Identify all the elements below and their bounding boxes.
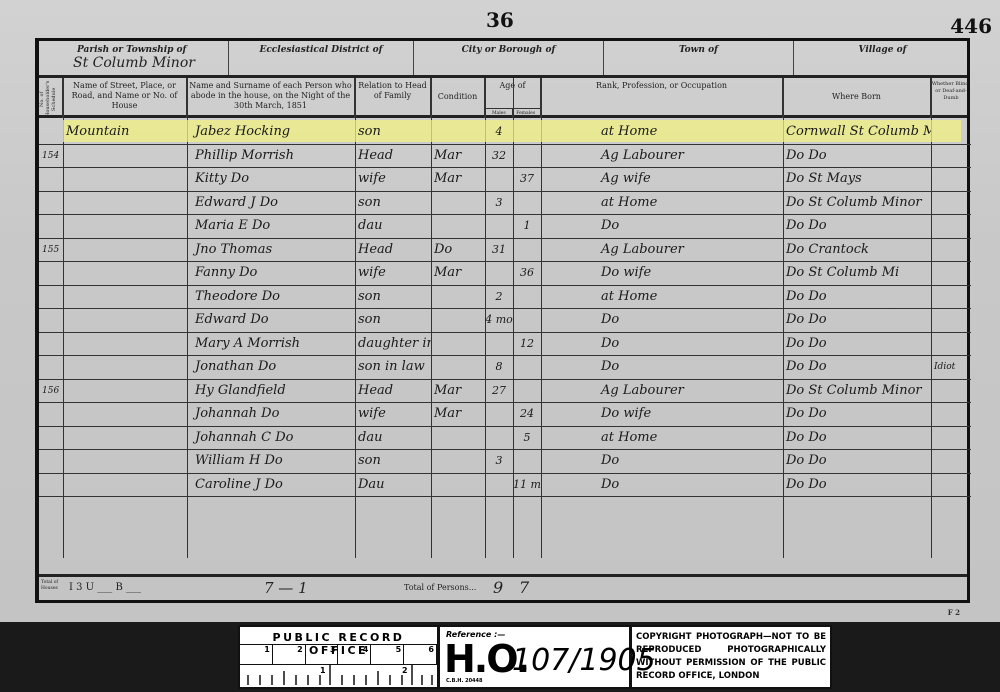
town-field: Town of (604, 41, 794, 75)
blind-cell (931, 286, 971, 310)
table-row: Mary A Morrishdaughter in law12DoDo Do (39, 333, 967, 357)
blind-cell (931, 427, 971, 451)
age-male-cell: 4 mo (485, 309, 513, 333)
street-cell (63, 333, 187, 357)
record-office-scale: PUBLIC RECORD OFFICE 1 2 3 4 5 6 1 2 (240, 627, 440, 687)
where-born-cell: Do St Columb Mi (783, 262, 931, 286)
plate-mark: F 2 (948, 608, 960, 617)
condition-cell: Mar (431, 145, 485, 169)
age-female-cell: 5 (513, 427, 541, 451)
name-cell: Edward Do (187, 309, 355, 333)
blind-cell (931, 474, 971, 498)
header-street: Name of Street, Place, or Road, and Name… (63, 78, 187, 118)
age-female-cell (513, 239, 541, 263)
street-cell (63, 168, 187, 192)
where-born-cell: Do Do (783, 145, 931, 169)
relation-cell: Dau (355, 474, 431, 498)
name-cell: Fanny Do (187, 262, 355, 286)
table-row: MountainJabez Hockingson4at HomeCornwall… (39, 121, 967, 145)
where-born-cell: Do Do (783, 309, 931, 333)
age-male-cell: 3 (485, 192, 513, 216)
street-cell (63, 403, 187, 427)
age-female-cell (513, 380, 541, 404)
location-header: Parish or Township of St Columb Minor Ec… (39, 41, 967, 78)
scale-ruler: 1 2 (240, 665, 437, 685)
name-cell: Jno Thomas (187, 239, 355, 263)
age-male-cell: 32 (485, 145, 513, 169)
street-cell (63, 192, 187, 216)
condition-cell: Mar (431, 380, 485, 404)
occupation-cell: at Home (541, 286, 783, 310)
schedule-cell (39, 309, 63, 333)
age-male-cell (485, 262, 513, 286)
table-row: Jonathan Doson in law8DoDo DoIdiot (39, 356, 967, 380)
name-cell: Mary A Morrish (187, 333, 355, 357)
name-cell: Jabez Hocking (187, 121, 355, 145)
blind-cell (931, 192, 971, 216)
age-male-cell (485, 215, 513, 239)
name-cell: Phillip Morrish (187, 145, 355, 169)
condition-cell (431, 215, 485, 239)
where-born-cell: Do Do (783, 474, 931, 498)
occupation-cell: Do wife (541, 403, 783, 427)
age-male-cell: 8 (485, 356, 513, 380)
schedule-cell: 156 (39, 380, 63, 404)
age-female-cell: 12 (513, 333, 541, 357)
blind-cell (931, 262, 971, 286)
borough-field: City or Borough of (414, 41, 604, 75)
age-female-cell (513, 286, 541, 310)
table-row: Kitty DowifeMar37Ag wifeDo St Mays (39, 168, 967, 192)
reference-number: 107/1905 (512, 643, 656, 678)
condition-cell (431, 427, 485, 451)
street-cell (63, 286, 187, 310)
condition-cell (431, 121, 485, 145)
header-occupation: Rank, Profession, or Occupation (541, 78, 783, 118)
header-schedule: No. of Householder's Schedule (39, 78, 63, 118)
occupation-cell: at Home (541, 427, 783, 451)
age-male-cell (485, 403, 513, 427)
street-cell (63, 474, 187, 498)
header-where-born: Where Born (783, 78, 931, 118)
where-born-cell: Do Do (783, 286, 931, 310)
table-row: Caroline J DoDau11 moDoDo Do (39, 474, 967, 498)
where-born-cell: Do Do (783, 356, 931, 380)
where-born-cell: Do Do (783, 427, 931, 451)
totals-row: Total of Houses I 3 U ___ B ___ 7 — 1 To… (39, 574, 967, 600)
relation-cell: son (355, 286, 431, 310)
name-cell: Caroline J Do (187, 474, 355, 498)
relation-cell: wife (355, 403, 431, 427)
age-female-cell: 24 (513, 403, 541, 427)
schedule-cell (39, 450, 63, 474)
age-female-cell (513, 450, 541, 474)
occupation-cell: Ag Labourer (541, 239, 783, 263)
where-born-cell: Do Do (783, 403, 931, 427)
occupation-cell: Ag wife (541, 168, 783, 192)
where-born-cell: Cornwall St Columb Minor (783, 121, 931, 145)
relation-cell: Head (355, 239, 431, 263)
table-row: 155Jno ThomasHeadDo31Ag LabourerDo Crant… (39, 239, 967, 263)
age-female-cell: 37 (513, 168, 541, 192)
schedule-cell (39, 192, 63, 216)
name-cell: Hy Glandfield (187, 380, 355, 404)
schedule-cell (39, 403, 63, 427)
table-row: Johannah C Dodau5at HomeDo Do (39, 427, 967, 451)
age-female-cell: 1 (513, 215, 541, 239)
occupation-cell: at Home (541, 192, 783, 216)
table-row: Johannah DowifeMar24Do wifeDo Do (39, 403, 967, 427)
where-born-cell: Do St Columb Minor (783, 192, 931, 216)
name-cell: William H Do (187, 450, 355, 474)
relation-cell: Head (355, 380, 431, 404)
table-row: Edward Doson4 moDoDo Do (39, 309, 967, 333)
census-form: Parish or Township of St Columb Minor Ec… (35, 38, 970, 603)
schedule-cell (39, 427, 63, 451)
relation-cell: dau (355, 215, 431, 239)
blind-cell (931, 450, 971, 474)
age-female-cell (513, 309, 541, 333)
age-male-cell: 4 (485, 121, 513, 145)
parish-value: St Columb Minor (73, 55, 228, 71)
schedule-cell (39, 262, 63, 286)
parish-field: Parish or Township of St Columb Minor (39, 41, 229, 75)
blind-cell (931, 333, 971, 357)
schedule-cell (39, 356, 63, 380)
relation-cell: son (355, 192, 431, 216)
age-male-cell (485, 474, 513, 498)
condition-cell (431, 356, 485, 380)
condition-cell: Mar (431, 168, 485, 192)
name-cell: Edward J Do (187, 192, 355, 216)
table-row: 154Phillip MorrishHeadMar32Ag LabourerDo… (39, 145, 967, 169)
relation-cell: wife (355, 262, 431, 286)
blind-cell (931, 309, 971, 333)
schedule-cell: 155 (39, 239, 63, 263)
age-male-cell: 27 (485, 380, 513, 404)
occupation-cell: at Home (541, 121, 783, 145)
name-cell: Theodore Do (187, 286, 355, 310)
relation-cell: son (355, 450, 431, 474)
folio-number-left: 36 (486, 8, 514, 32)
scale-inches: 1 2 3 4 5 6 (240, 645, 437, 665)
village-field: Village of (794, 41, 971, 75)
record-office-label: PUBLIC RECORD OFFICE 1 2 3 4 5 6 1 2 Ref… (238, 625, 832, 689)
blind-cell (931, 239, 971, 263)
schedule-cell (39, 168, 63, 192)
copyright-notice: COPYRIGHT PHOTOGRAPH—NOT TO BE REPRODUCE… (632, 627, 830, 687)
occupation-cell: Do (541, 309, 783, 333)
age-female-cell: 11 mo (513, 474, 541, 498)
blind-cell (931, 121, 971, 145)
street-cell (63, 239, 187, 263)
schedule-cell (39, 474, 63, 498)
table-row: Fanny DowifeMar36Do wifeDo St Columb Mi (39, 262, 967, 286)
street-cell (63, 380, 187, 404)
name-cell: Kitty Do (187, 168, 355, 192)
age-male-cell (485, 427, 513, 451)
age-female-cell (513, 192, 541, 216)
street-cell (63, 427, 187, 451)
total-males: 9 (493, 577, 503, 600)
street-cell (63, 145, 187, 169)
schedule-cell (39, 333, 63, 357)
condition-cell (431, 286, 485, 310)
folio-number-right: 446 (950, 14, 992, 38)
table-row: Maria E Dodau1DoDo Do (39, 215, 967, 239)
age-female-cell (513, 356, 541, 380)
street-cell (63, 309, 187, 333)
condition-cell: Mar (431, 262, 485, 286)
age-male-cell (485, 333, 513, 357)
name-cell: Maria E Do (187, 215, 355, 239)
age-female-cell (513, 145, 541, 169)
schedule-cell (39, 215, 63, 239)
street-cell: Mountain (63, 121, 187, 145)
schedule-cell (39, 121, 63, 145)
reference-box: Reference :— H.O. 107/1905 C.B.H. 20448 (440, 627, 632, 687)
name-cell: Jonathan Do (187, 356, 355, 380)
table-row: William H Doson3DoDo Do (39, 450, 967, 474)
where-born-cell: Do Do (783, 450, 931, 474)
age-female-cell (513, 121, 541, 145)
blind-cell (931, 403, 971, 427)
blind-cell (931, 215, 971, 239)
street-cell (63, 356, 187, 380)
condition-cell (431, 309, 485, 333)
blind-cell (931, 380, 971, 404)
condition-cell: Mar (431, 403, 485, 427)
relation-cell: wife (355, 168, 431, 192)
blind-cell (931, 168, 971, 192)
column-headers: No. of Householder's Schedule Name of St… (39, 78, 967, 118)
age-male-cell (485, 168, 513, 192)
street-cell (63, 215, 187, 239)
condition-cell (431, 192, 485, 216)
occupation-cell: Do (541, 333, 783, 357)
blind-cell: Idiot (931, 356, 971, 380)
blind-cell (931, 145, 971, 169)
name-cell: Johannah Do (187, 403, 355, 427)
where-born-cell: Do St Columb Minor (783, 380, 931, 404)
ecclesiastical-field: Ecclesiastical District of (229, 41, 414, 75)
condition-cell (431, 474, 485, 498)
occupation-cell: Do (541, 356, 783, 380)
occupation-cell: Do (541, 215, 783, 239)
condition-cell: Do (431, 239, 485, 263)
where-born-cell: Do Crantock (783, 239, 931, 263)
occupation-cell: Do (541, 450, 783, 474)
table-row: Edward J Doson3at HomeDo St Columb Minor (39, 192, 967, 216)
relation-cell: Head (355, 145, 431, 169)
total-females: 7 (519, 577, 529, 600)
age-male-cell: 2 (485, 286, 513, 310)
condition-cell (431, 450, 485, 474)
occupation-cell: Ag Labourer (541, 380, 783, 404)
street-cell (63, 450, 187, 474)
occupation-cell: Do wife (541, 262, 783, 286)
relation-cell: son (355, 309, 431, 333)
census-page: 36 446 Parish or Township of St Columb M… (0, 0, 1000, 622)
relation-cell: son in law (355, 356, 431, 380)
houses-total: I 3 U ___ B ___ (69, 577, 141, 600)
age-male-cell: 31 (485, 239, 513, 263)
table-row: Theodore Doson2at HomeDo Do (39, 286, 967, 310)
relation-cell: daughter in law (355, 333, 431, 357)
header-condition: Condition (431, 78, 485, 118)
where-born-cell: Do St Mays (783, 168, 931, 192)
where-born-cell: Do Do (783, 333, 931, 357)
condition-cell (431, 333, 485, 357)
header-blind: Whether Blind, or Deaf-and-Dumb (931, 78, 971, 118)
relation-cell: son (355, 121, 431, 145)
header-relation: Relation to Head of Family (355, 78, 431, 118)
header-name: Name and Surname of each Person who abod… (187, 78, 355, 118)
tally: 7 — 1 (264, 577, 308, 600)
schedule-cell: 154 (39, 145, 63, 169)
name-cell: Johannah C Do (187, 427, 355, 451)
occupation-cell: Do (541, 474, 783, 498)
occupation-cell: Ag Labourer (541, 145, 783, 169)
relation-cell: dau (355, 427, 431, 451)
table-row: 156Hy GlandfieldHeadMar27Ag LabourerDo S… (39, 380, 967, 404)
age-male-cell: 3 (485, 450, 513, 474)
where-born-cell: Do Do (783, 215, 931, 239)
street-cell (63, 262, 187, 286)
schedule-cell (39, 286, 63, 310)
age-female-cell: 36 (513, 262, 541, 286)
